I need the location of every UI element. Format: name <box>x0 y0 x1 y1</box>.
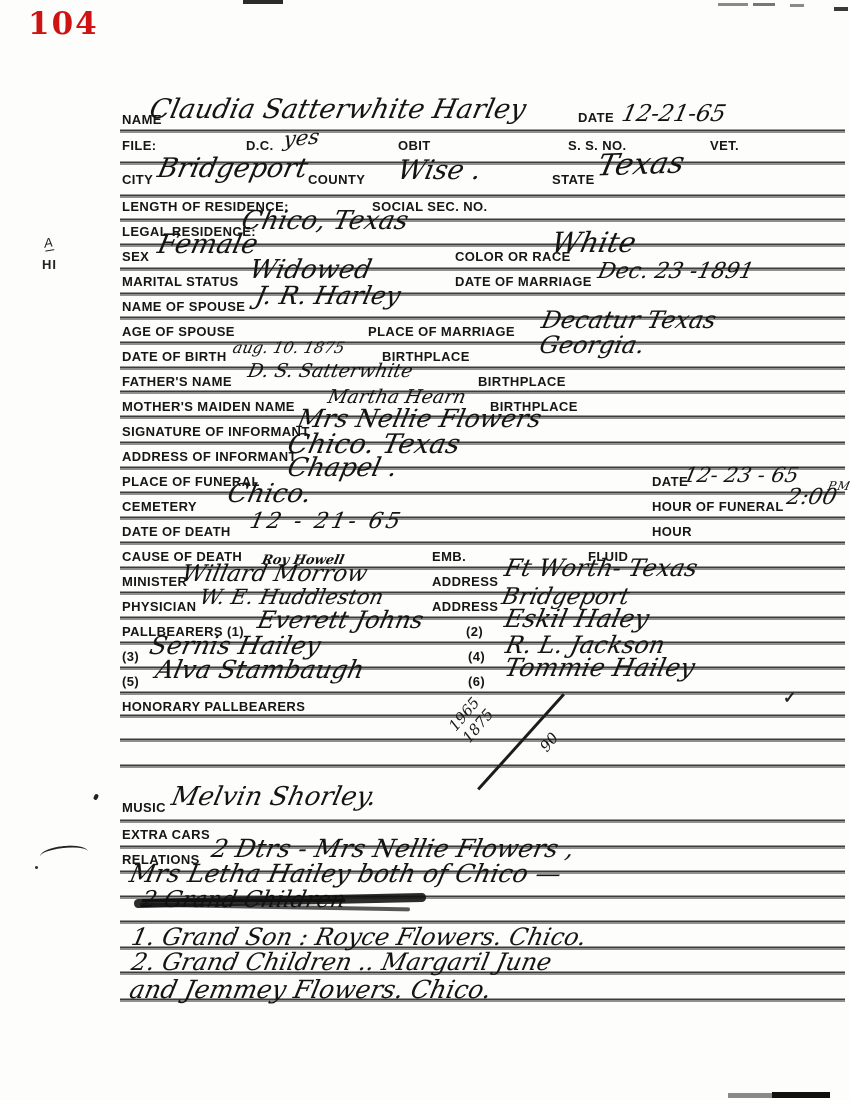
address-of-informant-label: ADDRESS OF INFORMANT <box>122 449 297 464</box>
place-of-marriage-label: PLACE OF MARRIAGE <box>368 324 515 339</box>
name-of-spouse-label: NAME OF SPOUSE <box>122 299 245 314</box>
date-value: 12-21-65 <box>620 103 728 126</box>
place-of-funeral-value: Chapel . <box>285 455 400 481</box>
relations-line2-text: Mrs Letha Hailey both of Chico — <box>127 861 563 886</box>
music-value: Melvin Shorley. <box>169 784 379 810</box>
relations-line4: 1. Grand Son : Royce Flowers. Chico. <box>129 925 588 949</box>
legal-residence-value: Chico, Texas <box>239 208 410 234</box>
form-rule <box>120 220 845 222</box>
dc-value: yes <box>282 127 320 151</box>
city-label: CITY <box>122 172 153 187</box>
pallbearers-3-label: (3) <box>122 649 139 664</box>
cemetery-label: CEMETERY <box>122 499 197 514</box>
scribble-result: 90 <box>538 730 562 754</box>
physician-value: W. E. Huddleston <box>198 587 386 608</box>
form-rule <box>120 318 845 320</box>
extra-cars-label: EXTRA CARS <box>122 827 210 842</box>
birthplace-value: Georgia. <box>537 333 646 357</box>
state-value: Texas <box>594 149 687 182</box>
form-rule <box>120 740 845 742</box>
relations-line5: 2. Grand Children .. Margaril June <box>129 950 553 974</box>
file-label: FILE: <box>122 138 157 153</box>
page-number: 104 <box>28 6 99 42</box>
form-rule <box>120 518 845 520</box>
minister-address-value: Ft Worth- Texas <box>502 556 699 580</box>
name-value: Claudia Satterwhite Harley <box>147 96 528 123</box>
name-of-spouse-value: J. R. Harley <box>253 283 403 308</box>
pallbearers-2-label: (2) <box>466 624 483 639</box>
honorary-pallbearers-label: HONORARY PALLBEARERS <box>122 699 305 714</box>
funeral-date-value: 12- 23 - 65 <box>682 465 801 486</box>
pallbearer-2-value: Eskil Haley <box>502 606 651 631</box>
music-label: MUSIC <box>122 800 166 815</box>
county-value: Wise . <box>395 157 484 184</box>
date-of-birth-value: aug. 10. 1875 <box>231 340 346 356</box>
vet-label: VET. <box>710 138 739 153</box>
scan-artifact <box>834 7 848 11</box>
scan-artifact <box>243 0 283 4</box>
date-of-death-label: DATE OF DEATH <box>122 524 231 539</box>
date-of-death-value: 12 - 21- 65 <box>248 511 406 533</box>
city-value: Bridgeport <box>155 155 310 182</box>
date-label: DATE <box>578 110 614 125</box>
state-label: STATE <box>552 172 595 187</box>
form-rule <box>120 443 845 445</box>
margin-hi-mark: HI <box>42 257 57 272</box>
color-or-race-value: White <box>549 229 639 257</box>
relations-line1-value: 2 Dtrs - Mrs Nellie Flowers , <box>209 836 576 861</box>
physician-label: PHYSICIAN <box>122 599 196 614</box>
margin-dot <box>35 866 38 869</box>
form-rule <box>120 196 845 198</box>
date-of-marriage-label: DATE OF MARRIAGE <box>455 274 592 289</box>
checkmark: ✓ <box>783 688 796 708</box>
relations-line6: and Jemmey Flowers. Chico. <box>127 977 493 1002</box>
marital-status-value: Widowed <box>247 257 374 283</box>
scanned-funeral-record-page: 104 A HI NAME Claudia Satterwhite Harley… <box>0 0 850 1100</box>
margin-squiggle <box>39 844 88 865</box>
marital-status-label: MARITAL STATUS <box>122 274 239 289</box>
margin-letter-mark: A <box>43 234 54 251</box>
form-rule <box>120 693 845 695</box>
cemetery-value: Chico. <box>225 481 314 507</box>
father-birthplace-label: BIRTHPLACE <box>478 374 566 389</box>
form-rule <box>120 343 845 345</box>
form-rule <box>120 618 845 620</box>
fathers-name-label: FATHER'S NAME <box>122 374 232 389</box>
date-of-birth-label: DATE OF BIRTH <box>122 349 227 364</box>
margin-dot <box>93 793 99 800</box>
form-rule <box>120 766 845 768</box>
hour-label: HOUR <box>652 524 692 539</box>
place-of-marriage-value: Decatur Texas <box>539 308 718 332</box>
emb-label: EMB. <box>432 549 466 564</box>
mothers-maiden-name-label: MOTHER'S MAIDEN NAME <box>122 399 295 414</box>
dc-label: D.C. <box>246 138 274 153</box>
scan-artifact <box>772 1092 830 1098</box>
sex-value: Female <box>155 231 260 258</box>
form-rule <box>120 392 845 394</box>
form-rule <box>120 368 845 370</box>
date-of-marriage-value: Dec. 23 -1891 <box>596 261 756 283</box>
physician-address-label: ADDRESS <box>432 599 498 614</box>
fathers-name-value: D. S. Satterwhite <box>246 362 414 381</box>
form-rule <box>120 294 845 296</box>
pallbearers-4-label: (4) <box>468 649 485 664</box>
age-of-spouse-label: AGE OF SPOUSE <box>122 324 235 339</box>
pallbearer-6-value: Tommie Hailey <box>502 655 697 680</box>
scan-artifact <box>790 4 804 7</box>
age-calculation-scribble: 1965 1875 <box>445 694 497 746</box>
form-rule <box>120 821 845 823</box>
scan-artifact <box>718 3 748 6</box>
pallbearers-5-label: (5) <box>122 674 139 689</box>
scan-artifact <box>753 3 775 6</box>
scan-artifact <box>728 1093 772 1098</box>
pallbearer-1-value: Everett Johns <box>255 608 425 632</box>
minister-label: MINISTER <box>122 574 187 589</box>
pallbearers-6-label: (6) <box>468 674 485 689</box>
pallbearer-5-value: Alva Stambaugh <box>153 657 366 682</box>
minister-value: Willard Morrow <box>180 563 370 586</box>
signature-of-informant-value: Mrs Nellie Flowers <box>295 406 543 431</box>
signature-of-informant-label: SIGNATURE OF INFORMANT <box>122 424 310 439</box>
hour-of-funeral-label: HOUR OF FUNERAL <box>652 499 784 514</box>
county-label: COUNTY <box>308 172 365 187</box>
form-rule <box>120 131 845 133</box>
sex-label: SEX <box>122 249 149 264</box>
minister-address-label: ADDRESS <box>432 574 498 589</box>
hour-of-funeral-suffix: P.M. <box>827 480 850 492</box>
obit-label: OBIT <box>398 138 431 153</box>
form-rule <box>120 543 845 545</box>
